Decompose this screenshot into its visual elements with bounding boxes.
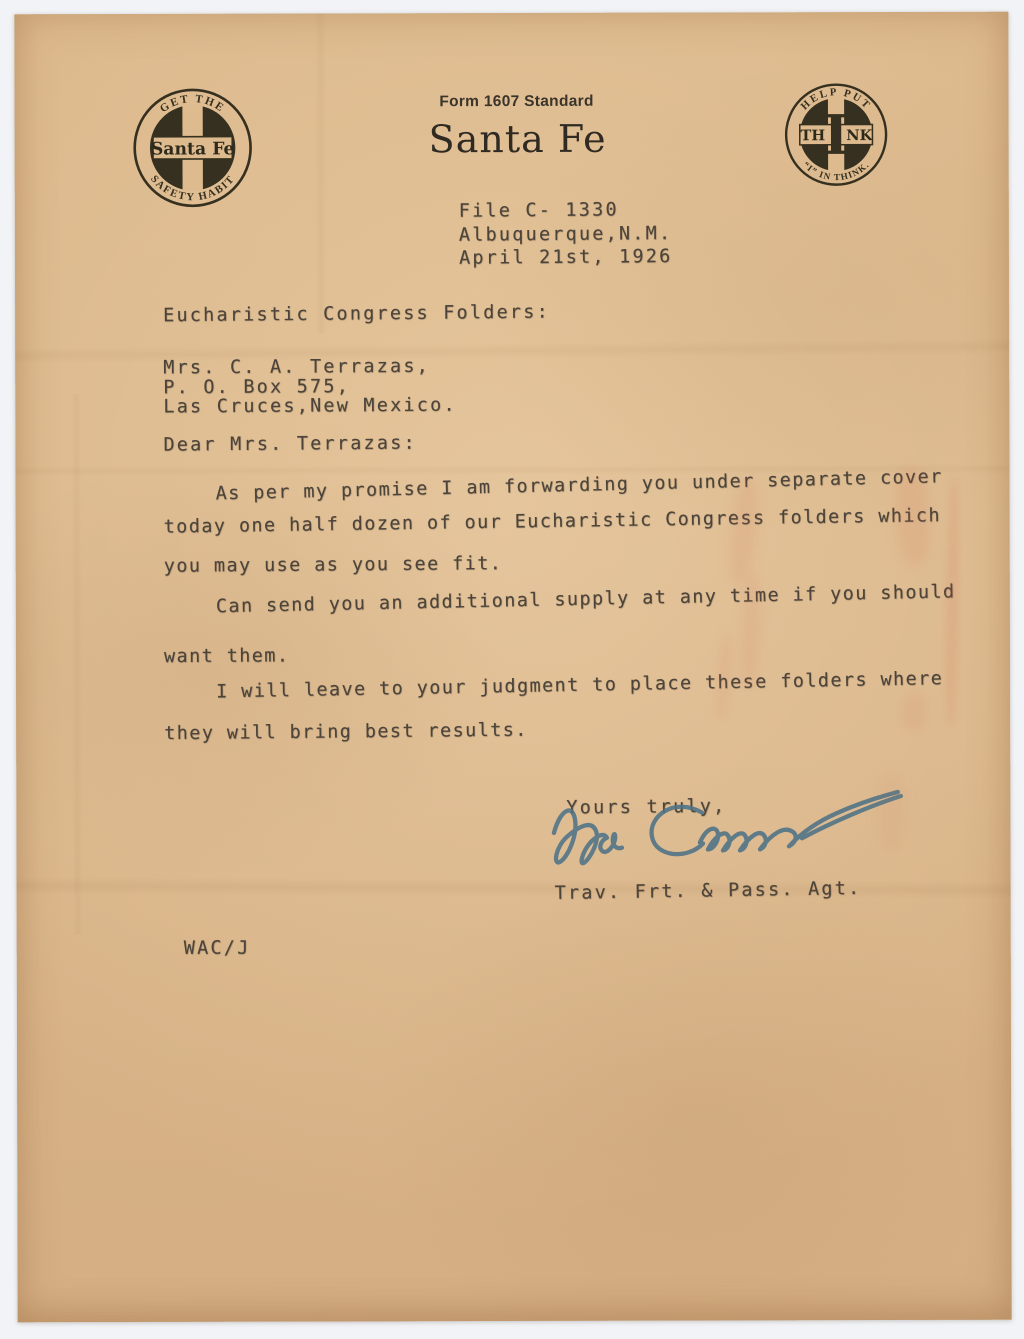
letterhead-brand: Santa Fe xyxy=(398,117,638,162)
logo-santa-fe-text: Santa Fe xyxy=(151,139,235,159)
subject-line: Eucharistic Congress Folders: xyxy=(163,302,550,327)
body-line: you may use as you see fit. xyxy=(164,553,503,577)
signature-stroke-flourish xyxy=(802,796,901,838)
body-line: today one half dozen of our Eucharistic … xyxy=(164,505,942,538)
logo-th-text: TH xyxy=(801,127,826,144)
date-line: April 21st, 1926 xyxy=(459,245,673,270)
ink-stain xyxy=(901,692,927,732)
think-logo: I TH NK HELP PUT “I” IN THINK. xyxy=(782,81,889,188)
place-line: Albuquerque,N.M. xyxy=(459,222,673,247)
body-line: want them. xyxy=(164,645,290,667)
body-line: I will leave to your judgment to place t… xyxy=(216,668,943,702)
recipient-name-line: Mrs. C. A. Terrazas, xyxy=(163,356,430,379)
body-line: As per my promise I am forwarding you un… xyxy=(215,466,942,504)
signer-title: Trav. Frt. & Pass. Agt. xyxy=(554,878,861,904)
typist-initials: WAC/J xyxy=(184,938,251,959)
body-line: Can send you an additional supply at any… xyxy=(216,581,956,617)
santa-fe-safety-habit-logo: Santa Fe GET THE SAFETY HABIT xyxy=(130,86,254,210)
signature-stroke-c xyxy=(651,807,703,855)
logo-big-i: I xyxy=(823,103,849,167)
paper-crease xyxy=(71,394,82,934)
salutation: Dear Mrs. Terrazas: xyxy=(163,433,417,456)
signature-handwriting xyxy=(538,780,916,881)
letter-paper: Santa Fe GET THE SAFETY HABIT Form 1607 … xyxy=(14,12,1011,1323)
signature-stroke-name xyxy=(700,792,898,851)
file-number-line: File C- 1330 xyxy=(459,198,673,223)
paper-crease xyxy=(314,13,327,333)
logo-nk-text: NK xyxy=(846,127,873,144)
signature-stroke-initials xyxy=(554,810,622,863)
recipient-city-line: Las Cruces,New Mexico. xyxy=(163,395,457,418)
scan-background: { "colors":{"background":"#f2f3f6","pape… xyxy=(0,0,1024,1339)
ink-stain xyxy=(725,476,762,588)
form-number: Form 1607 Standard xyxy=(416,93,616,112)
body-line: they will bring best results. xyxy=(164,720,528,744)
dateline-block: File C- 1330 Albuquerque,N.M. April 21st… xyxy=(459,198,673,270)
